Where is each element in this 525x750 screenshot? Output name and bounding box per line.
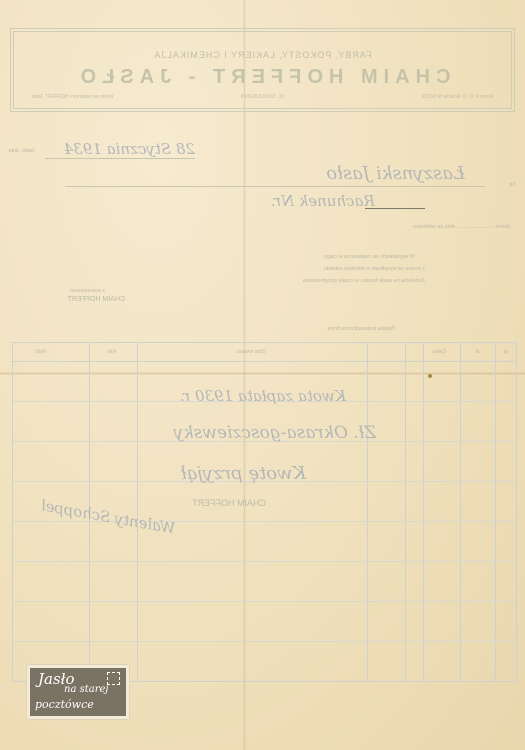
terms-line-1: W wypadkach nie zapłacenia w ciągu: [324, 254, 415, 260]
form-area: Jasło, dnia 28 Stycznia 1934 Nr. Łaszyns…: [0, 0, 525, 340]
col-header-price: Cena: [433, 349, 446, 355]
entry-4-stamp: CHAIM HOFFERT: [192, 498, 266, 508]
col-header-gr: gr: [503, 349, 508, 355]
paper-stain: [428, 374, 432, 378]
table-caption: Wpłata poświadczona firmą: [328, 326, 395, 332]
payment-line: płatne ........................ dnia za …: [413, 224, 510, 230]
entry-1: Kwota zapłata 1930 r.: [180, 387, 346, 405]
postage-stamp-icon: [107, 672, 120, 685]
invoice-table: Ilość Kilo Opis towaru Cena zł gr Kwota …: [12, 342, 517, 682]
watermark-line-2: na starej: [64, 684, 109, 695]
date-line: [45, 158, 195, 159]
invoice-title: Rachunek Nr.: [271, 192, 375, 210]
watermark-panel: Jasło na starej pocztówce: [30, 668, 126, 716]
watermark-line-3: pocztówce: [35, 698, 94, 711]
col-header-kilo: Kilo: [107, 349, 116, 355]
entry-5-signature: Walenty Schoppel: [40, 496, 177, 537]
terms-line-3: Zażalenia na wadę towaru w czasie przyjm…: [303, 278, 425, 284]
recipient-label: Nr.: [508, 182, 515, 188]
entry-3: Kwotę przyjął: [181, 463, 306, 484]
entry-2: Zł. Okrasa-goscziewsky: [174, 423, 376, 443]
watermark-stamp: Jasło na starej pocztówce: [27, 665, 129, 719]
date-handwritten: 28 Stycznia 1934: [64, 140, 195, 158]
table-handwriting: Kwota zapłata 1930 r. Zł. Okrasa-gosczie…: [13, 363, 516, 663]
recipient-line: [65, 186, 485, 187]
place-date-label: Jasło, dnia: [9, 148, 35, 154]
col-header-qty: Ilość: [35, 349, 46, 355]
terms-line-2: z prawa na wysyłkami w klientela zakładu: [324, 266, 425, 272]
invoice-number-line: [365, 208, 425, 209]
col-header-description: Opis towaru: [237, 349, 266, 355]
signature-company: CHAIM HOFFERT: [68, 296, 125, 303]
col-header-zl: zł: [476, 349, 480, 355]
signature-greeting: z poważaniem: [70, 288, 105, 294]
recipient-handwritten: Łaszynski Jasło: [326, 163, 465, 184]
